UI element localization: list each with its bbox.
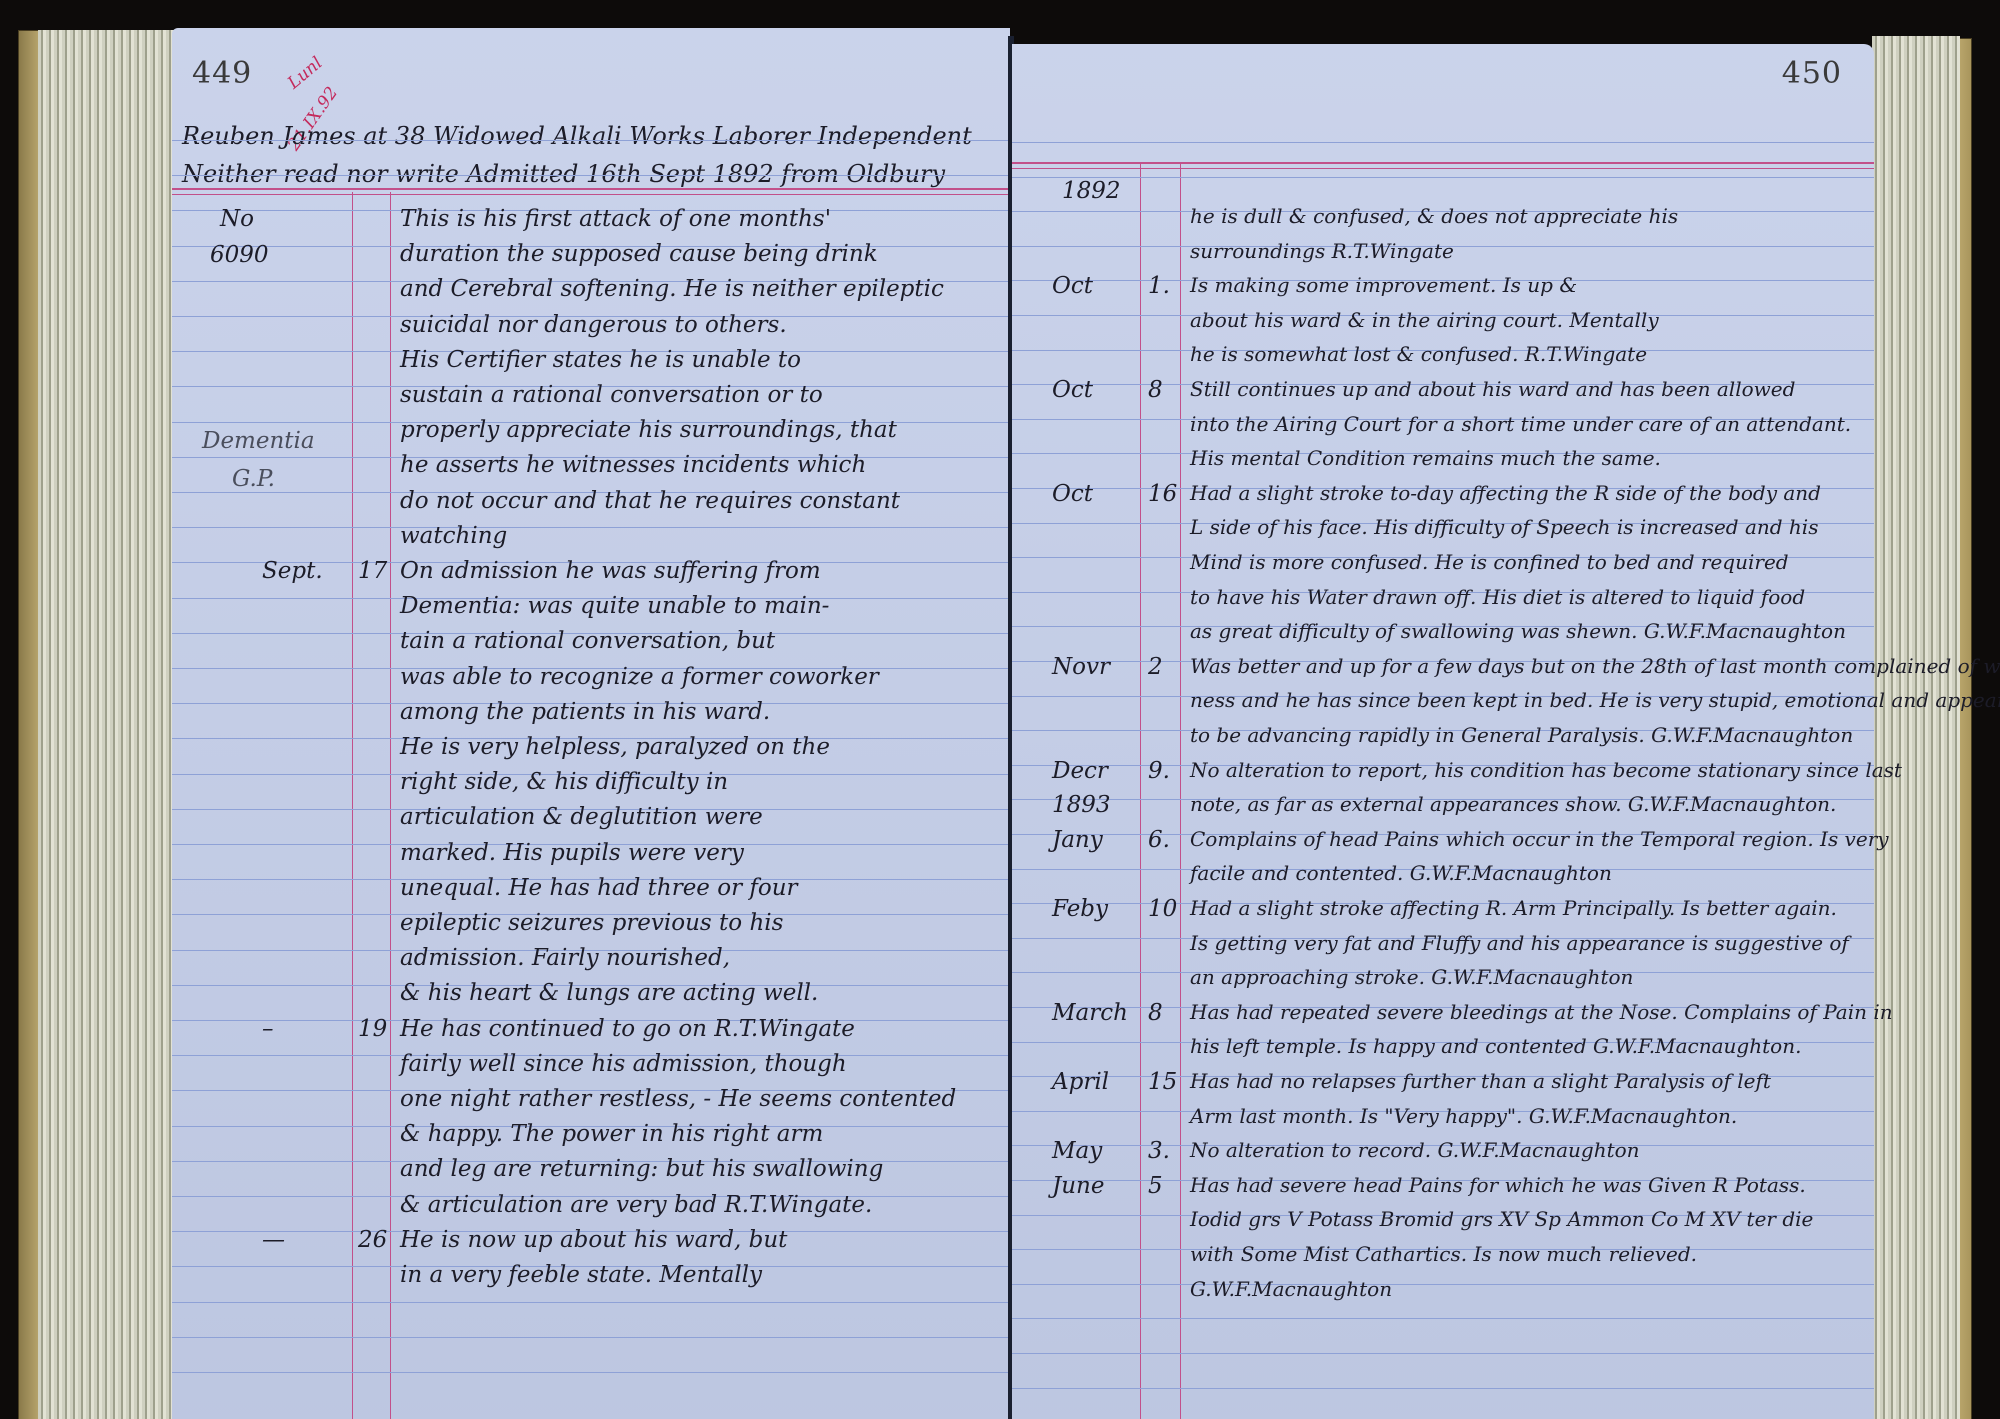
entry-text-line: he asserts he witnesses incidents which <box>400 452 866 478</box>
entry-text-line: as great difficulty of swallowing was sh… <box>1190 619 1846 643</box>
entry-text-line: fairly well since his admission, though <box>400 1051 847 1077</box>
entry-day: 26 <box>358 1227 387 1253</box>
entry-month: Feby <box>1052 896 1108 922</box>
ruled-line <box>172 1337 1010 1338</box>
entry-text-line: tain a rational conversation, but <box>400 628 775 654</box>
entry-text-line: about his ward & in the airing court. Me… <box>1190 308 1659 332</box>
entry-day: 1. <box>1148 273 1170 299</box>
entry-text-line: Still continues up and about his ward an… <box>1190 377 1795 401</box>
year-label: 1892 <box>1062 178 1121 204</box>
entry-text-line: Arm last month. Is "Very happy". G.W.F.M… <box>1190 1104 1737 1128</box>
patient-header-line2: Neither read nor write Admitted 16th Sep… <box>182 160 945 188</box>
entry-day: 6. <box>1148 827 1170 853</box>
entry-text-line: He has continued to go on R.T.Wingate <box>400 1016 855 1042</box>
entry-month: Novr <box>1052 654 1110 680</box>
entry-text-line: No alteration to record. G.W.F.Macnaught… <box>1190 1138 1640 1162</box>
entry-text-line: This is his first attack of one months' <box>400 206 831 232</box>
entry-text-line: properly appreciate his surroundings, th… <box>400 417 897 443</box>
ruled-line <box>172 1302 1010 1303</box>
ruled-line <box>172 1372 1010 1373</box>
entry-text-line: ness and he has since been kept in bed. … <box>1190 688 2000 712</box>
entry-text-line: unequal. He has had three or four <box>400 875 798 901</box>
entry-text-line: articulation & deglutition were <box>400 804 763 830</box>
entry-text-line: and Cerebral softening. He is neither ep… <box>400 276 944 302</box>
entry-text-line: suicidal nor dangerous to others. <box>400 312 787 338</box>
entry-month: Jany <box>1052 827 1103 853</box>
entry-text-line: marked. His pupils were very <box>400 840 744 866</box>
margin-line-2 <box>390 192 391 1419</box>
entry-text-line: among the patients in his ward. <box>400 699 770 725</box>
page-edges-left <box>38 30 178 1419</box>
entry-text-line: watching <box>400 523 507 549</box>
entry-text-line: On admission he was suffering from <box>400 558 821 584</box>
entry-day: 15 <box>1148 1069 1177 1095</box>
entry-month: Decr <box>1052 758 1108 784</box>
entry-text-line: His mental Condition remains much the sa… <box>1190 446 1661 470</box>
entry-text-line: facile and contented. G.W.F.Macnaughton <box>1190 861 1612 885</box>
entry-text-line: G.W.F.Macnaughton <box>1190 1277 1392 1301</box>
entry-text-line: L side of his face. His difficulty of Sp… <box>1190 515 1818 539</box>
ruled-line <box>1012 142 1874 143</box>
entry-day: 9. <box>1148 758 1170 784</box>
entry-text-line: Was better and up for a few days but on … <box>1190 654 2000 678</box>
entry-text-line: Had a slight stroke to-day affecting the… <box>1190 481 1821 505</box>
entry-day: 17 <box>358 558 387 584</box>
entry-text-line: & happy. The power in his right arm <box>400 1121 823 1147</box>
entry-text-line: to be advancing rapidly in General Paral… <box>1190 723 1853 747</box>
page-number: 450 <box>1782 56 1842 91</box>
entry-text-line: he is somewhat lost & confused. R.T.Wing… <box>1190 342 1647 366</box>
entry-text-line: an approaching stroke. G.W.F.Macnaughton <box>1190 965 1633 989</box>
ruled-line <box>1012 1388 1874 1389</box>
entry-text-line: to have his Water drawn off. His diet is… <box>1190 585 1805 609</box>
entry-text-line: and leg are returning: but his swallowin… <box>400 1156 883 1182</box>
entry-text-line: one night rather restless, - He seems co… <box>400 1086 956 1112</box>
page-number: 449 <box>192 56 252 91</box>
entry-text-line: His Certifier states he is unable to <box>400 347 801 373</box>
entry-text-line: sustain a rational conversation or to <box>400 382 823 408</box>
margin-line-2 <box>1180 164 1181 1419</box>
entry-text-line: No alteration to report, his condition h… <box>1190 758 1902 782</box>
header-red-rule <box>172 188 1010 195</box>
entry-text-line: do not occur and that he requires consta… <box>400 488 900 514</box>
entry-text-line: note, as far as external appearances sho… <box>1190 792 1836 816</box>
entry-day: 3. <box>1148 1138 1170 1164</box>
entry-month: June <box>1052 1173 1104 1199</box>
entry-day: 19 <box>358 1016 387 1042</box>
entry-text-line: admission. Fairly nourished, <box>400 945 730 971</box>
entry-text-line: was able to recognize a former coworker <box>400 664 879 690</box>
entry-text-line: with Some Mist Cathartics. Is now much r… <box>1190 1242 1697 1266</box>
entry-month: Oct <box>1052 377 1093 403</box>
entry-month: — <box>262 1227 285 1253</box>
entry-month: March <box>1052 1000 1128 1026</box>
entry-text-line: Has had severe head Pains for which he w… <box>1190 1173 1806 1197</box>
entry-text-line: & his heart & lungs are acting well. <box>400 980 818 1006</box>
entry-text-line: in a very feeble state. Mentally <box>400 1262 762 1288</box>
entry-text-line: into the Airing Court for a short time u… <box>1190 412 1851 436</box>
ruled-line <box>1012 1318 1874 1319</box>
entry-text-line: Is getting very fat and Fluffy and his a… <box>1190 931 1849 955</box>
page-edges-right <box>1872 36 1960 1419</box>
ruled-line <box>172 140 1010 141</box>
entry-year: 1893 <box>1052 792 1111 818</box>
entry-text-line: Is making some improvement. Is up & <box>1190 273 1577 297</box>
ruled-line <box>172 527 1010 528</box>
ruled-line <box>1012 1353 1874 1354</box>
case-number: 6090 <box>210 242 269 268</box>
entry-day: 16 <box>1148 481 1177 507</box>
entry-month: Oct <box>1052 481 1093 507</box>
entry-text-line: Mind is more confused. He is confined to… <box>1190 550 1789 574</box>
ruled-line <box>172 175 1010 176</box>
entry-text-line: he is dull & confused, & does not apprec… <box>1190 204 1678 228</box>
ruled-line <box>1012 177 1874 178</box>
entry-day: 2 <box>1148 654 1163 680</box>
entry-text-line: surroundings R.T.Wingate <box>1190 239 1454 263</box>
entry-month: May <box>1052 1138 1102 1164</box>
entry-text-line: Has had repeated severe bleedings at the… <box>1190 1000 1893 1024</box>
entry-text-line: He is now up about his ward, but <box>400 1227 787 1253</box>
entry-month: – <box>262 1016 274 1042</box>
entry-text-line: Complains of head Pains which occur in t… <box>1190 827 1889 851</box>
entry-month: Oct <box>1052 273 1093 299</box>
entry-text-line: epileptic seizures previous to his <box>400 910 783 936</box>
red-annotation-initials: Lunl <box>284 53 326 93</box>
right-page: 450 1892 he is dull & confused, & does n… <box>1012 44 1874 1419</box>
entry-month: Sept. <box>262 558 323 584</box>
entry-day: 10 <box>1148 896 1177 922</box>
entry-text-line: Dementia: was quite unable to main- <box>400 593 829 619</box>
margin-line-1 <box>1140 164 1141 1419</box>
case-no-label: No <box>220 206 254 232</box>
entry-text-line: & articulation are very bad R.T.Wingate. <box>400 1192 872 1218</box>
entry-day: 8 <box>1148 377 1163 403</box>
entry-day: 5 <box>1148 1173 1163 1199</box>
entry-text-line: his left temple. Is happy and contented … <box>1190 1034 1801 1058</box>
entry-month: April <box>1052 1069 1109 1095</box>
entry-text-line: duration the supposed cause being drink <box>400 241 878 267</box>
left-page: 449 Lunl 21.IX.92 Reuben James at 38 Wid… <box>172 28 1010 1419</box>
ruled-line <box>1012 1284 1874 1285</box>
header-red-rule <box>1012 162 1874 169</box>
entry-text-line: Iodid grs V Potass Bromid grs XV Sp Ammo… <box>1190 1207 1813 1231</box>
diagnosis: Dementia <box>202 428 315 454</box>
entry-text-line: Had a slight stroke affecting R. Arm Pri… <box>1190 896 1837 920</box>
diagnosis-sub: G.P. <box>232 466 275 492</box>
entry-text-line: He is very helpless, paralyzed on the <box>400 734 830 760</box>
entry-day: 8 <box>1148 1000 1163 1026</box>
entry-text-line: right side, & his difficulty in <box>400 769 728 795</box>
patient-header-line1: Reuben James at 38 Widowed Alkali Works … <box>182 122 972 150</box>
margin-line-1 <box>352 192 353 1419</box>
entry-text-line: Has had no relapses further than a sligh… <box>1190 1069 1771 1093</box>
